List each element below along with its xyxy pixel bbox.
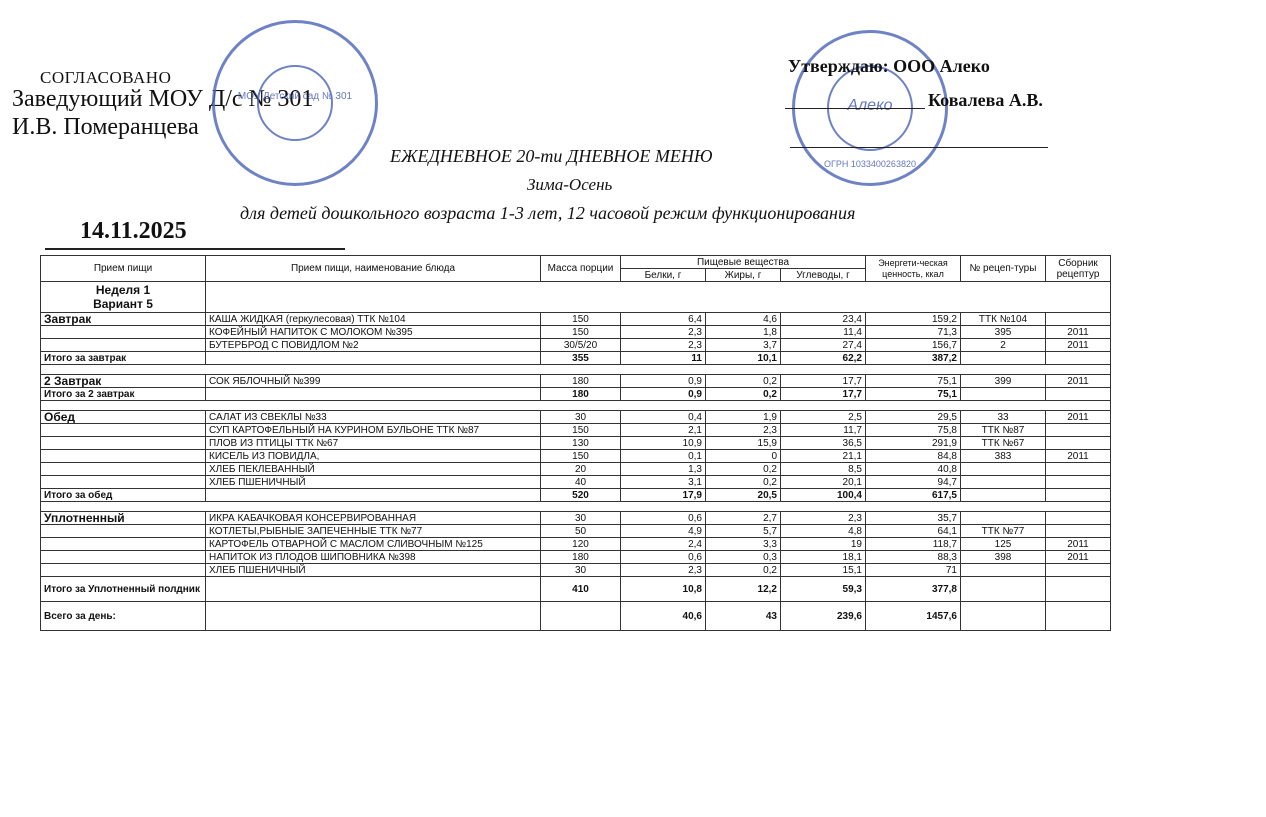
cell-e: 387,2 (866, 352, 961, 365)
cell-mass: 180 (541, 551, 621, 564)
cell-f: 15,9 (706, 437, 781, 450)
cell-f: 10,1 (706, 352, 781, 365)
cell-c: 21,1 (781, 450, 866, 463)
cell-rec (961, 512, 1046, 525)
cell-col (1046, 352, 1111, 365)
cell-f: 3,3 (706, 538, 781, 551)
spacer-row (41, 502, 1111, 512)
cell-rec (961, 577, 1046, 602)
cell-e: 40,8 (866, 463, 961, 476)
col-fat: Жиры, г (706, 269, 781, 282)
cell-e: 75,8 (866, 424, 961, 437)
cell-meal (41, 476, 206, 489)
cell-e: 29,5 (866, 411, 961, 424)
cell-mass: 50 (541, 525, 621, 538)
date-underline (45, 248, 345, 250)
cell-e: 75,1 (866, 375, 961, 388)
cell-mass: 150 (541, 450, 621, 463)
cell-p: 2,3 (621, 564, 706, 577)
cell-e: 159,2 (866, 313, 961, 326)
cell-p: 0,9 (621, 388, 706, 401)
cell-meal: Итого за завтрак (41, 352, 206, 365)
cell-col (1046, 388, 1111, 401)
cell-col: 2011 (1046, 538, 1111, 551)
cell-meal: Всего за день: (41, 602, 206, 631)
table-row: ОбедСАЛАТ ИЗ СВЕКЛЫ №33300,41,92,529,533… (41, 411, 1111, 424)
cell-dish: КИСЕЛЬ ИЗ ПОВИДЛА, (206, 450, 541, 463)
col-meal: Прием пищи (41, 256, 206, 282)
spacer-row (41, 401, 1111, 411)
cell-meal (41, 326, 206, 339)
cell-c: 4,8 (781, 525, 866, 538)
cell-dish: ХЛЕБ ПШЕНИЧНЫЙ (206, 476, 541, 489)
cell-f: 1,8 (706, 326, 781, 339)
spacer-row (41, 365, 1111, 375)
cell-c: 59,3 (781, 577, 866, 602)
cell-c: 239,6 (781, 602, 866, 631)
cell-e: 71,3 (866, 326, 961, 339)
cell-c: 23,4 (781, 313, 866, 326)
table-row: СУП КАРТОФЕЛЬНЫЙ НА КУРИНОМ БУЛЬОНЕ ТТК … (41, 424, 1111, 437)
cell-dish: САЛАТ ИЗ СВЕКЛЫ №33 (206, 411, 541, 424)
cell-c: 19 (781, 538, 866, 551)
table-row: 2 ЗавтракСОК ЯБЛОЧНЫЙ №3991800,90,217,77… (41, 375, 1111, 388)
cell-p: 2,1 (621, 424, 706, 437)
cell-rec (961, 602, 1046, 631)
cell-c: 17,7 (781, 388, 866, 401)
cell-rec (961, 564, 1046, 577)
approve-underline (790, 147, 1048, 148)
cell-col (1046, 476, 1111, 489)
table-row: ПЛОВ ИЗ ПТИЦЫ ТТК №6713010,915,936,5291,… (41, 437, 1111, 450)
cell-c: 100,4 (781, 489, 866, 502)
cell-col (1046, 463, 1111, 476)
approve-line2: Ковалева А.В. (928, 90, 1043, 111)
cell-f: 20,5 (706, 489, 781, 502)
cell-meal: Завтрак (41, 313, 206, 326)
cell-mass: 120 (541, 538, 621, 551)
cell-mass: 130 (541, 437, 621, 450)
cell-rec (961, 463, 1046, 476)
cell-meal: Итого за 2 завтрак (41, 388, 206, 401)
cell-f: 12,2 (706, 577, 781, 602)
cell-col: 2011 (1046, 375, 1111, 388)
cell-meal: Итого за Уплотненный полдник (41, 577, 206, 602)
cell-e: 291,9 (866, 437, 961, 450)
cell-mass: 40 (541, 476, 621, 489)
cell-p: 17,9 (621, 489, 706, 502)
cell-p: 3,1 (621, 476, 706, 489)
cell-p: 0,1 (621, 450, 706, 463)
cell-f: 1,9 (706, 411, 781, 424)
cell-dish: СОК ЯБЛОЧНЫЙ №399 (206, 375, 541, 388)
subtitle: для детей дошкольного возраста 1-3 лет, … (240, 203, 855, 224)
cell-p: 11 (621, 352, 706, 365)
cell-dish: ХЛЕБ ПЕКЛЕВАННЫЙ (206, 463, 541, 476)
cell-meal (41, 437, 206, 450)
cell-p: 10,8 (621, 577, 706, 602)
date: 14.11.2025 (80, 218, 187, 245)
cell-meal (41, 551, 206, 564)
cell-mass: 180 (541, 375, 621, 388)
table-row: БУТЕРБРОД С ПОВИДЛОМ №230/5/202,33,727,4… (41, 339, 1111, 352)
cell-f: 2,3 (706, 424, 781, 437)
cell-rec: 399 (961, 375, 1046, 388)
cell-p: 0,4 (621, 411, 706, 424)
cell-rec: 383 (961, 450, 1046, 463)
agreed-name: И.В. Померанцева (12, 114, 199, 141)
cell-p: 0,6 (621, 551, 706, 564)
total-row: Итого за обед52017,920,5100,4617,5 (41, 489, 1111, 502)
cell-c: 15,1 (781, 564, 866, 577)
cell-rec (961, 476, 1046, 489)
cell-f: 0,2 (706, 476, 781, 489)
cell-f: 43 (706, 602, 781, 631)
cell-p: 0,6 (621, 512, 706, 525)
col-recipe-no: № рецеп-туры (961, 256, 1046, 282)
table-row: КИСЕЛЬ ИЗ ПОВИДЛА,1500,1021,184,83832011 (41, 450, 1111, 463)
approve-line1: Утверждаю: ООО Алеко (788, 56, 990, 77)
agreed-label: СОГЛАСОВАНО (40, 68, 171, 88)
cell-p: 1,3 (621, 463, 706, 476)
cell-rec: ТТК №67 (961, 437, 1046, 450)
cell-p: 40,6 (621, 602, 706, 631)
cell-e: 75,1 (866, 388, 961, 401)
cell-dish: ИКРА КАБАЧКОВАЯ КОНСЕРВИРОВАННАЯ (206, 512, 541, 525)
cell-e: 377,8 (866, 577, 961, 602)
col-protein: Белки, г (621, 269, 706, 282)
cell-rec: ТТК №77 (961, 525, 1046, 538)
cell-dish (206, 352, 541, 365)
col-carbs: Углеводы, г (781, 269, 866, 282)
col-mass: Масса порции (541, 256, 621, 282)
cell-dish (206, 602, 541, 631)
cell-dish (206, 489, 541, 502)
cell-rec: ТТК №87 (961, 424, 1046, 437)
cell-mass: 355 (541, 352, 621, 365)
cell-mass: 520 (541, 489, 621, 502)
cell-f: 0,2 (706, 375, 781, 388)
cell-c: 2,3 (781, 512, 866, 525)
cell-col (1046, 437, 1111, 450)
col-collection: Сборник рецептур (1046, 256, 1111, 282)
cell-e: 1457,6 (866, 602, 961, 631)
cell-e: 118,7 (866, 538, 961, 551)
cell-dish: ПЛОВ ИЗ ПТИЦЫ ТТК №67 (206, 437, 541, 450)
cell-meal: Обед (41, 411, 206, 424)
cell-meal (41, 450, 206, 463)
cell-mass (541, 602, 621, 631)
cell-e: 84,8 (866, 450, 961, 463)
cell-c: 27,4 (781, 339, 866, 352)
page-title: ЕЖЕДНЕВНОЕ 20-ти ДНЕВНОЕ МЕНЮ (390, 146, 712, 167)
cell-mass: 30/5/20 (541, 339, 621, 352)
cell-rec: 395 (961, 326, 1046, 339)
cell-dish: НАПИТОК ИЗ ПЛОДОВ ШИПОВНИКА №398 (206, 551, 541, 564)
cell-e: 71 (866, 564, 961, 577)
cell-col (1046, 512, 1111, 525)
week-variant: Неделя 1Вариант 5 (41, 282, 206, 313)
cell-col (1046, 424, 1111, 437)
cell-p: 4,9 (621, 525, 706, 538)
cell-p: 10,9 (621, 437, 706, 450)
cell-p: 0,9 (621, 375, 706, 388)
cell-p: 2,3 (621, 339, 706, 352)
cell-f: 0 (706, 450, 781, 463)
cell-meal (41, 538, 206, 551)
cell-col: 2011 (1046, 326, 1111, 339)
signature-line (785, 108, 925, 109)
cell-c: 18,1 (781, 551, 866, 564)
cell-dish: ХЛЕБ ПШЕНИЧНЫЙ (206, 564, 541, 577)
cell-f: 3,7 (706, 339, 781, 352)
col-nutrients: Пищевые вещества (621, 256, 866, 269)
cell-f: 0,2 (706, 388, 781, 401)
cell-rec: 2 (961, 339, 1046, 352)
table-row: КАРТОФЕЛЬ ОТВАРНОЙ С МАСЛОМ СЛИВОЧНЫМ №1… (41, 538, 1111, 551)
cell-col (1046, 313, 1111, 326)
cell-p: 6,4 (621, 313, 706, 326)
cell-mass: 180 (541, 388, 621, 401)
cell-f: 0,3 (706, 551, 781, 564)
cell-c: 8,5 (781, 463, 866, 476)
cell-e: 94,7 (866, 476, 961, 489)
cell-dish (206, 577, 541, 602)
cell-col (1046, 489, 1111, 502)
cell-rec: 125 (961, 538, 1046, 551)
cell-c: 36,5 (781, 437, 866, 450)
cell-dish: БУТЕРБРОД С ПОВИДЛОМ №2 (206, 339, 541, 352)
cell-rec (961, 352, 1046, 365)
cell-dish: КАША ЖИДКАЯ (геркулесовая) ТТК №104 (206, 313, 541, 326)
cell-c: 11,7 (781, 424, 866, 437)
table-row: НАПИТОК ИЗ ПЛОДОВ ШИПОВНИКА №3981800,60,… (41, 551, 1111, 564)
cell-c: 2,5 (781, 411, 866, 424)
cell-e: 35,7 (866, 512, 961, 525)
cell-meal (41, 525, 206, 538)
cell-col: 2011 (1046, 339, 1111, 352)
total-row: Итого за завтрак3551110,162,2387,2 (41, 352, 1111, 365)
cell-col: 2011 (1046, 411, 1111, 424)
cell-col (1046, 602, 1111, 631)
cell-mass: 150 (541, 326, 621, 339)
cell-rec: 33 (961, 411, 1046, 424)
cell-dish: КАРТОФЕЛЬ ОТВАРНОЙ С МАСЛОМ СЛИВОЧНЫМ №1… (206, 538, 541, 551)
cell-col (1046, 525, 1111, 538)
table-row: ХЛЕБ ПЕКЛЕВАННЫЙ201,30,28,540,8 (41, 463, 1111, 476)
cell-e: 88,3 (866, 551, 961, 564)
cell-f: 0,2 (706, 463, 781, 476)
cell-dish (206, 388, 541, 401)
cell-f: 4,6 (706, 313, 781, 326)
cell-meal (41, 339, 206, 352)
cell-meal: 2 Завтрак (41, 375, 206, 388)
cell-rec (961, 388, 1046, 401)
cell-dish: КОФЕЙНЫЙ НАПИТОК С МОЛОКОМ №395 (206, 326, 541, 339)
cell-meal (41, 564, 206, 577)
stamp-left: МОУ Детский сад № 301 (212, 20, 378, 186)
cell-meal: Уплотненный (41, 512, 206, 525)
cell-mass: 150 (541, 313, 621, 326)
cell-c: 20,1 (781, 476, 866, 489)
cell-meal (41, 463, 206, 476)
cell-p: 2,4 (621, 538, 706, 551)
cell-rec: 398 (961, 551, 1046, 564)
cell-col: 2011 (1046, 551, 1111, 564)
cell-meal (41, 424, 206, 437)
cell-col (1046, 577, 1111, 602)
cell-col: 2011 (1046, 450, 1111, 463)
table-row: КОТЛЕТЫ,РЫБНЫЕ ЗАПЕЧЕННЫЕ ТТК №77504,95,… (41, 525, 1111, 538)
cell-mass: 30 (541, 512, 621, 525)
cell-dish: КОТЛЕТЫ,РЫБНЫЕ ЗАПЕЧЕННЫЕ ТТК №77 (206, 525, 541, 538)
total-row: Всего за день:40,643239,61457,6 (41, 602, 1111, 631)
table-row: ХЛЕБ ПШЕНИЧНЫЙ403,10,220,194,7 (41, 476, 1111, 489)
cell-rec (961, 489, 1046, 502)
cell-c: 62,2 (781, 352, 866, 365)
table-row: УплотненныйИКРА КАБАЧКОВАЯ КОНСЕРВИРОВАН… (41, 512, 1111, 525)
cell-e: 64,1 (866, 525, 961, 538)
cell-c: 11,4 (781, 326, 866, 339)
season: Зима-Осень (527, 175, 612, 195)
total-row: Итого за Уплотненный полдник41010,812,25… (41, 577, 1111, 602)
table-row: КОФЕЙНЫЙ НАПИТОК С МОЛОКОМ №3951502,31,8… (41, 326, 1111, 339)
col-energy: Энергети-ческая ценность, ккал (866, 256, 961, 282)
cell-mass: 30 (541, 411, 621, 424)
cell-rec: ТТК №104 (961, 313, 1046, 326)
menu-table: Прием пищи Прием пищи, наименование блюд… (40, 255, 1111, 631)
cell-p: 2,3 (621, 326, 706, 339)
cell-f: 0,2 (706, 564, 781, 577)
cell-e: 156,7 (866, 339, 961, 352)
cell-mass: 410 (541, 577, 621, 602)
cell-c: 17,7 (781, 375, 866, 388)
cell-meal: Итого за обед (41, 489, 206, 502)
cell-mass: 150 (541, 424, 621, 437)
cell-dish: СУП КАРТОФЕЛЬНЫЙ НА КУРИНОМ БУЛЬОНЕ ТТК … (206, 424, 541, 437)
table-row: ХЛЕБ ПШЕНИЧНЫЙ302,30,215,171 (41, 564, 1111, 577)
col-dish: Прием пищи, наименование блюда (206, 256, 541, 282)
cell-col (1046, 564, 1111, 577)
total-row: Итого за 2 завтрак1800,90,217,775,1 (41, 388, 1111, 401)
cell-f: 2,7 (706, 512, 781, 525)
cell-mass: 30 (541, 564, 621, 577)
cell-mass: 20 (541, 463, 621, 476)
cell-f: 5,7 (706, 525, 781, 538)
cell-e: 617,5 (866, 489, 961, 502)
table-row: ЗавтракКАША ЖИДКАЯ (геркулесовая) ТТК №1… (41, 313, 1111, 326)
